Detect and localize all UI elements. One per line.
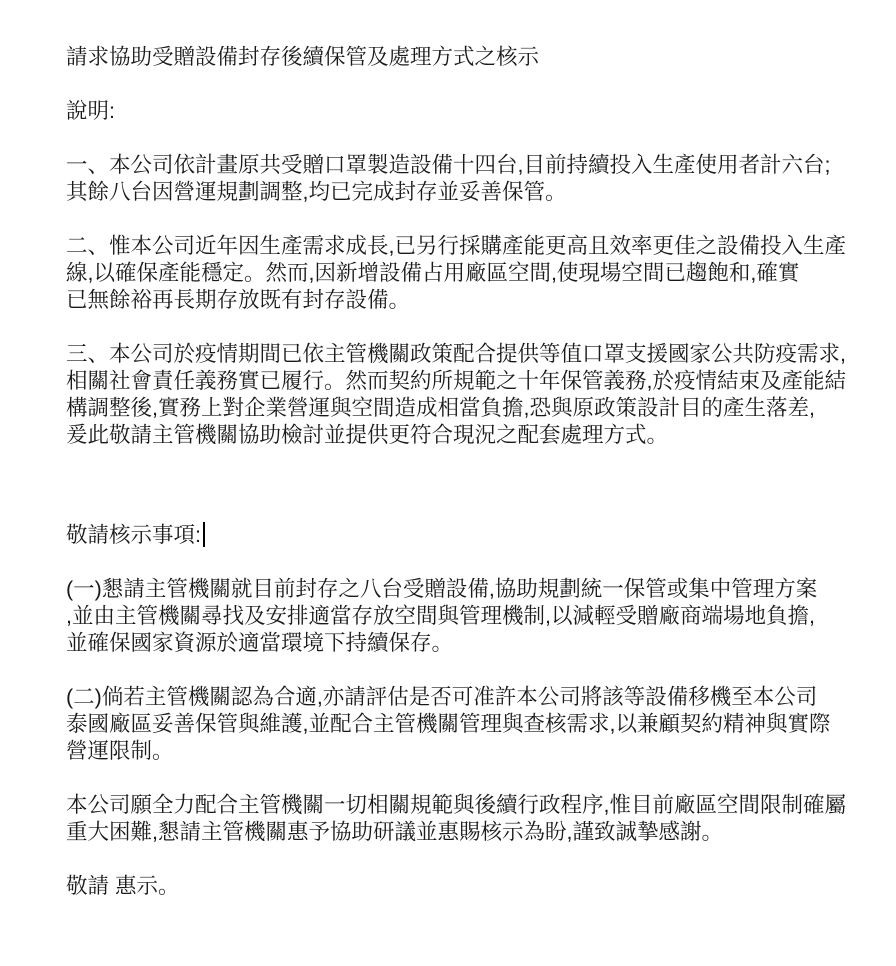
request-item-2[interactable]: (二)倘若主管機關認為合適,亦請評估是否可准許本公司將該等設備移機至本公司 泰國… (66, 684, 868, 765)
explanation-item-3[interactable]: 三、本公司於疫情期間已依主管機關政策配合提供等值口罩支援國家公共防疫需求, 相關… (66, 341, 868, 449)
document-title[interactable]: 請求協助受贈設備封存後續保管及處理方式之核示 (66, 44, 868, 71)
document-editor[interactable]: 請求協助受贈設備封存後續保管及處理方式之核示 說明: 一、本公司依計畫原共受贈口… (0, 0, 896, 966)
request-item-1[interactable]: (一)懇請主管機關就目前封存之八台受贈設備,協助規劃統一保管或集中管理方案 ,並… (66, 576, 868, 657)
explanation-item-1[interactable]: 一、本公司依計畫原共受贈口罩製造設備十四台,目前持續投入生產使用者計六台; 其餘… (66, 152, 868, 206)
salutation-line[interactable]: 敬請 惠示。 (66, 873, 868, 900)
explanation-item-2[interactable]: 二、惟本公司近年因生產需求成長,已另行採購產能更高且效率更佳之設備投入生產 線,… (66, 233, 868, 314)
text-cursor-caret (203, 522, 205, 547)
section-label-explanation[interactable]: 說明: (66, 98, 868, 125)
closing-paragraph[interactable]: 本公司願全力配合主管機關一切相關規範與後續行政程序,惟目前廠區空間限制確屬 重大… (66, 792, 868, 846)
request-heading-line[interactable]: 敬請核示事項: (66, 522, 868, 549)
request-heading-text: 敬請核示事項: (66, 523, 201, 547)
